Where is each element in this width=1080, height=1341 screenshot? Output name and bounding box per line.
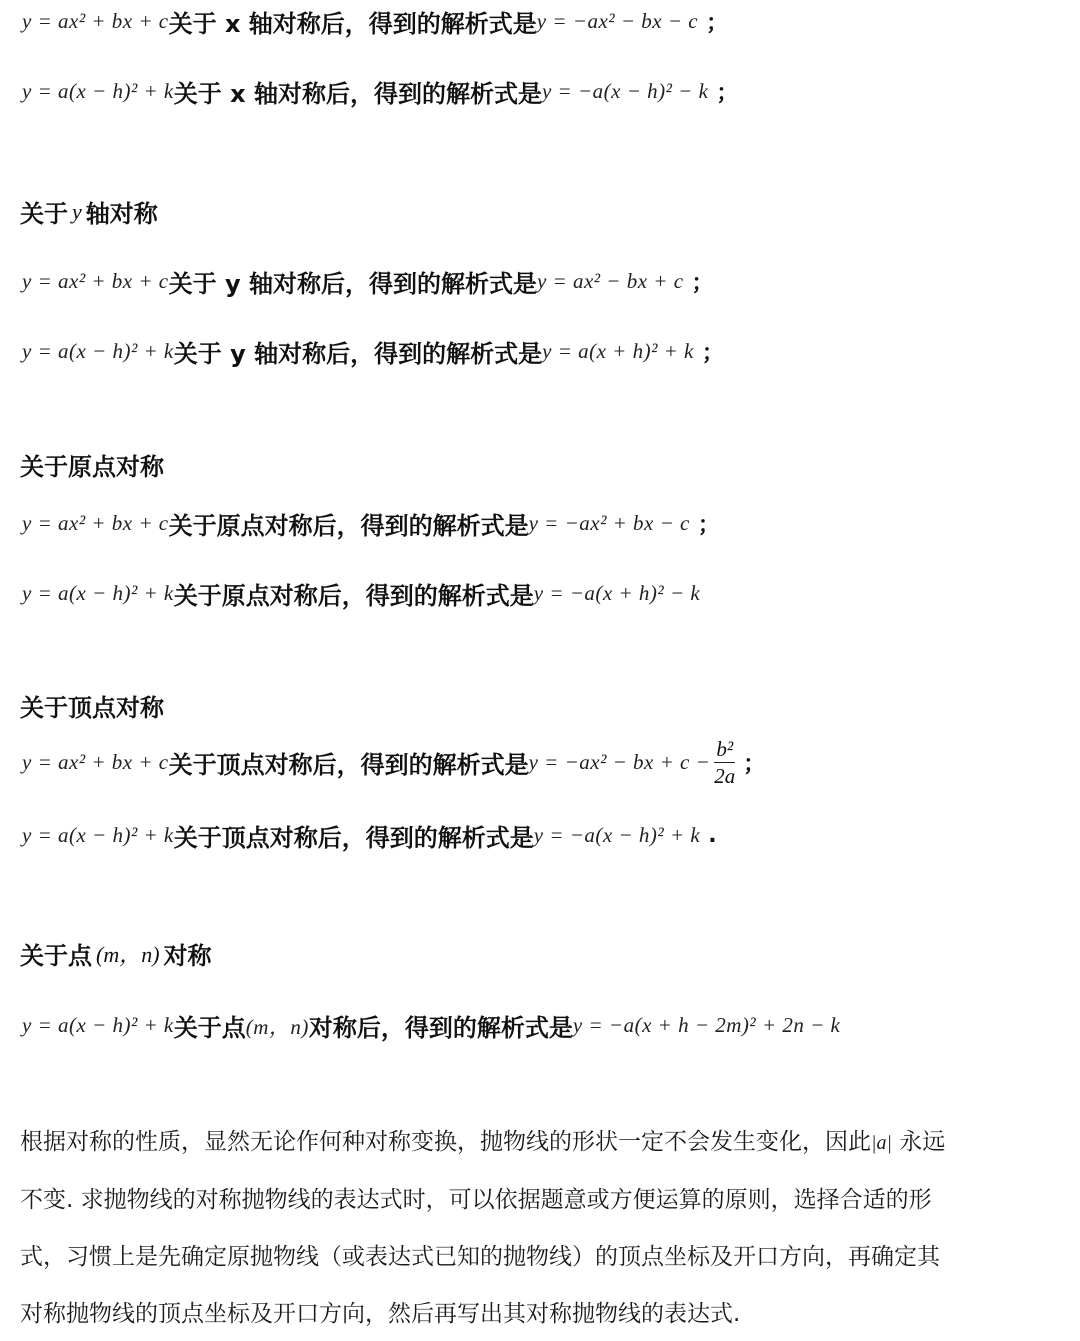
formula-end: ；: [716, 76, 738, 107]
formula-lhs: y = ax² + bx + c: [22, 9, 169, 34]
heading-var: y: [72, 199, 82, 225]
formula-row-vertex-general: y = ax² + bx + c 关于顶点对称后，得到的解析式是 y = −ax…: [22, 736, 765, 789]
summary-paragraph: 根据对称的性质，显然无论作何种对称变换，抛物线的形状一定不会发生变化，因此|a|…: [20, 1114, 1080, 1341]
formula-text: 关于 x 轴对称后，得到的解析式是: [174, 74, 542, 109]
formula-rhs: y = −ax² − bx − c: [537, 9, 698, 34]
heading-text: 关于点: [20, 936, 92, 971]
formula-row-vertex-vertex-form: y = a(x − h)² + k 关于顶点对称后，得到的解析式是 y = −a…: [22, 818, 717, 853]
heading-text: 轴对称: [86, 194, 158, 229]
paragraph-text: 永远: [892, 1129, 945, 1155]
formula-row-y-axis-general: y = ax² + bx + c 关于 y 轴对称后，得到的解析式是 y = a…: [22, 264, 714, 299]
section-heading-point-mn: 关于点 (m，n) 对称: [20, 936, 212, 971]
formula-rhs: y = −a(x + h − 2m)² + 2n − k: [573, 1013, 840, 1038]
formula-text: 对称后，得到的解析式是: [309, 1008, 573, 1043]
section-heading-vertex: 关于顶点对称: [20, 688, 164, 723]
formula-lhs: y = a(x − h)² + k: [22, 1013, 174, 1038]
fraction-b2-over-2a: b² 2a: [714, 736, 735, 789]
formula-end: ；: [706, 6, 728, 37]
formula-rhs: y = −a(x − h)² + k: [534, 823, 700, 848]
formula-row-origin-vertex-form: y = a(x − h)² + k 关于原点对称后，得到的解析式是 y = −a…: [22, 576, 700, 611]
section-heading-y-axis: 关于 y 轴对称: [20, 194, 158, 229]
formula-lhs: y = a(x − h)² + k: [22, 339, 174, 364]
fraction-numerator: b²: [714, 736, 735, 763]
formula-end: ；: [698, 508, 720, 539]
paragraph-line: 式，习惯上是先确定原抛物线（或表达式已知的抛物线）的顶点坐标及开口方向，再确定其: [20, 1229, 1080, 1286]
formula-text: 关于 y 轴对称后，得到的解析式是: [169, 264, 537, 299]
formula-text: 关于原点对称后，得到的解析式是: [169, 506, 529, 541]
formula-text: 关于 y 轴对称后，得到的解析式是: [174, 334, 542, 369]
formula-end: ；: [743, 747, 765, 778]
paragraph-line: 根据对称的性质，显然无论作何种对称变换，抛物线的形状一定不会发生变化，因此|a|…: [20, 1114, 1080, 1172]
formula-lhs: y = a(x − h)² + k: [22, 79, 174, 104]
formula-row-x-axis-vertex-form: y = a(x − h)² + k 关于 x 轴对称后，得到的解析式是 y = …: [22, 74, 738, 109]
paragraph-line: 不变. 求抛物线的对称抛物线的表达式时，可以依据题意或方便运算的原则，选择合适的…: [20, 1172, 1080, 1229]
heading-text: 关于原点对称: [20, 447, 164, 482]
formula-rhs: y = −a(x + h)² − k: [534, 581, 700, 606]
formula-text: 关于顶点对称后，得到的解析式是: [169, 745, 529, 780]
formula-end: ；: [702, 336, 724, 367]
formula-end: ；: [692, 266, 714, 297]
abs-a: |a|: [871, 1132, 892, 1154]
formula-lhs: y = ax² + bx + c: [22, 750, 169, 775]
formula-rhs: y = a(x + h)² + k: [542, 339, 694, 364]
formula-lhs: y = a(x − h)² + k: [22, 823, 174, 848]
section-heading-origin: 关于原点对称: [20, 447, 164, 482]
paragraph-text: 根据对称的性质，显然无论作何种对称变换，抛物线的形状一定不会发生变化，因此: [20, 1129, 871, 1155]
formula-point: (m，n): [246, 1011, 309, 1041]
formula-row-origin-general: y = ax² + bx + c 关于原点对称后，得到的解析式是 y = −ax…: [22, 506, 720, 541]
formula-text: 关于原点对称后，得到的解析式是: [174, 576, 534, 611]
formula-rhs: y = −ax² + bx − c: [529, 511, 690, 536]
heading-text: 关于: [20, 194, 68, 229]
formula-row-x-axis-general: y = ax² + bx + c 关于 x 轴对称后，得到的解析式是 y = −…: [22, 4, 728, 39]
fraction-denominator: 2a: [714, 763, 735, 789]
heading-var: (m，n): [96, 938, 160, 969]
formula-end: .: [708, 823, 716, 848]
formula-row-y-axis-vertex-form: y = a(x − h)² + k 关于 y 轴对称后，得到的解析式是 y = …: [22, 334, 724, 369]
formula-rhs: y = −ax² − bx + c −: [529, 750, 711, 775]
formula-lhs: y = ax² + bx + c: [22, 269, 169, 294]
formula-text: 关于顶点对称后，得到的解析式是: [174, 818, 534, 853]
formula-rhs: y = −a(x − h)² − k: [542, 79, 708, 104]
heading-text: 关于顶点对称: [20, 688, 164, 723]
formula-text: 关于点: [174, 1008, 246, 1043]
formula-text: 关于 x 轴对称后，得到的解析式是: [169, 4, 537, 39]
formula-lhs: y = ax² + bx + c: [22, 511, 169, 536]
formula-lhs: y = a(x − h)² + k: [22, 581, 174, 606]
formula-row-point-mn: y = a(x − h)² + k 关于点 (m，n) 对称后，得到的解析式是 …: [22, 1008, 840, 1043]
heading-text: 对称: [164, 936, 212, 971]
paragraph-line: 对称抛物线的顶点坐标及开口方向，然后再写出其对称抛物线的表达式.: [20, 1286, 1080, 1341]
formula-rhs: y = ax² − bx + c: [537, 269, 684, 294]
